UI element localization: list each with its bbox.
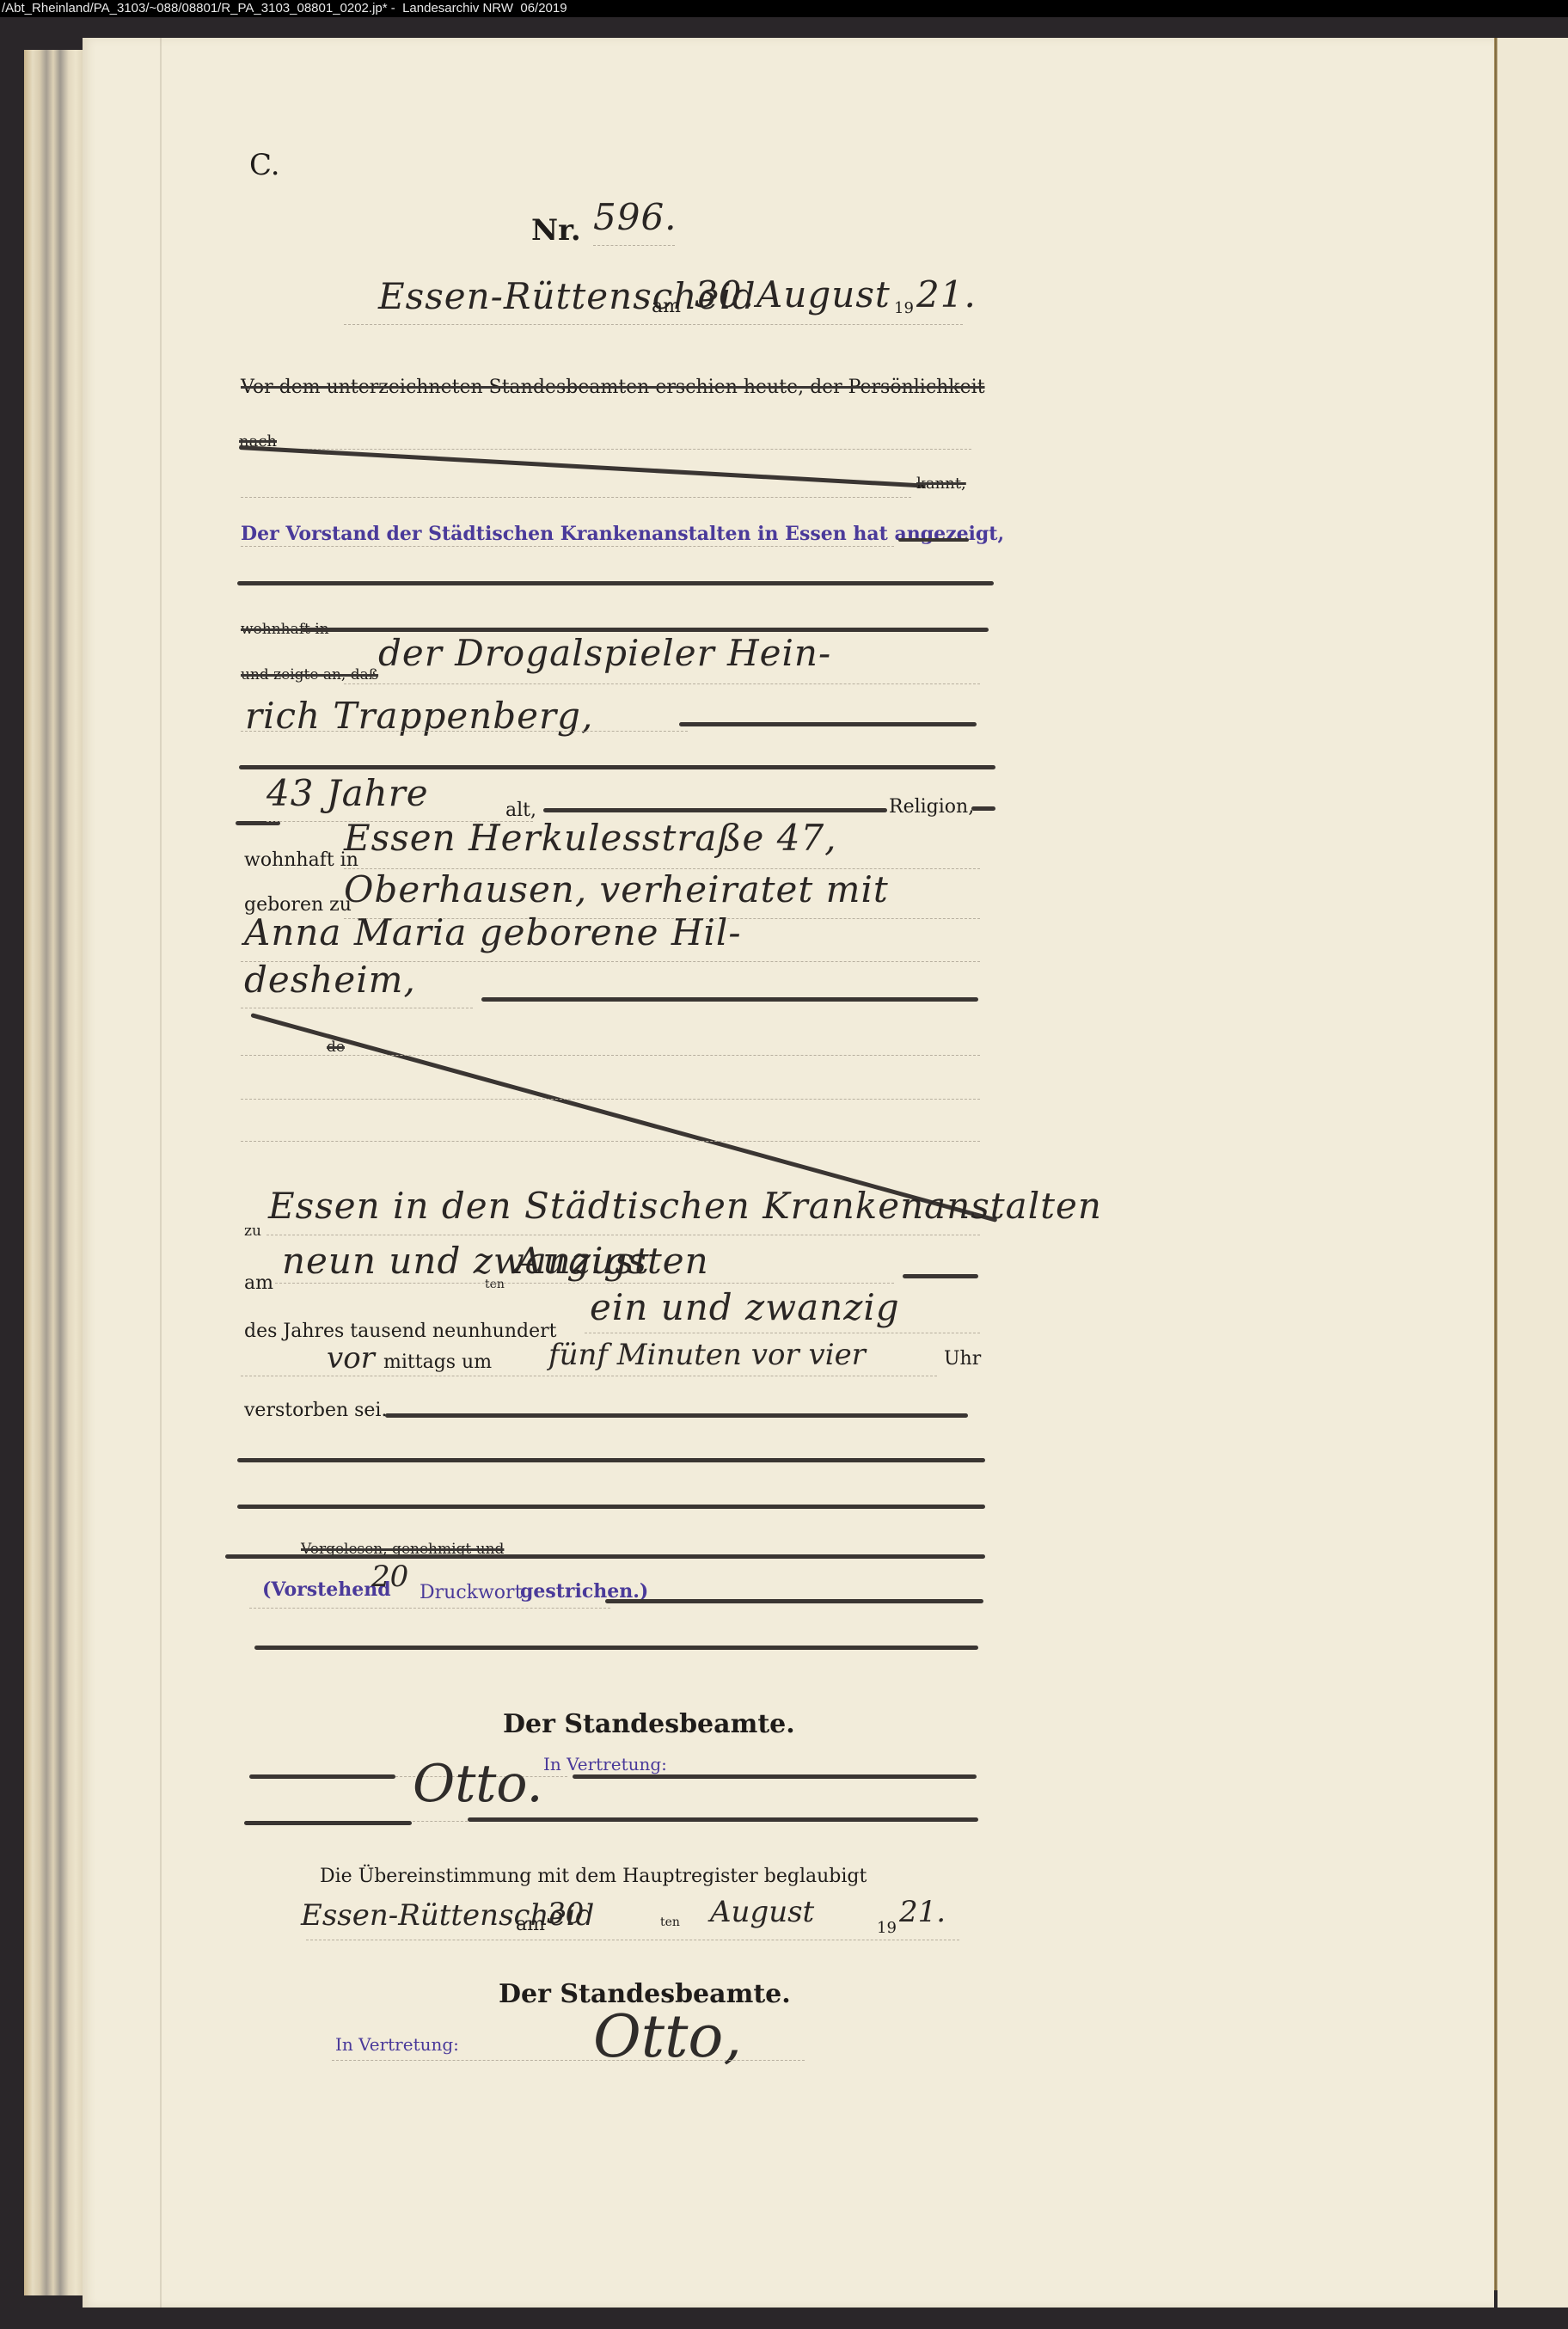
deceased-line-1: der Drogalspieler Hein-: [378, 632, 831, 674]
time-label: mittags um: [383, 1351, 492, 1373]
next-page-edge: [1498, 38, 1568, 2308]
time-prefix: vor: [327, 1341, 375, 1376]
am-label: am: [652, 296, 681, 317]
spouse-line-1: Anna Maria geborene Hil-: [244, 911, 742, 953]
cert-year-suffix: 21.: [899, 1895, 946, 1929]
vertretung-stamp: In Vertretung:: [543, 1754, 667, 1774]
date-ten: ten: [485, 1278, 505, 1291]
struck-zeigte: und zeigte an, daß: [241, 666, 378, 683]
cert-signature: Otto,: [593, 2003, 742, 2071]
year-label: des Jahres tausend neunhundert: [244, 1321, 556, 1342]
death-year: ein und zwanzig: [590, 1286, 900, 1328]
death-month: August: [516, 1240, 650, 1282]
death-place: Essen in den Städtischen Krankenanstalte…: [268, 1185, 1102, 1227]
cert-month: August: [710, 1895, 814, 1929]
book-binding: [24, 50, 83, 2295]
record-number: 596.: [593, 196, 677, 238]
deleted-words-count: 20: [371, 1560, 408, 1594]
spouse-line-2: desheim,: [244, 959, 416, 1001]
residence-value: Essen Herkulesstraße 47,: [344, 817, 837, 859]
certification-text: Die Übereinstimmung mit dem Hauptregiste…: [320, 1866, 867, 1887]
struck-kannt: kannt,: [916, 475, 966, 493]
deleted-words-stamp-mid: Druckwort: [420, 1582, 522, 1603]
cert-year-prefix: 19: [877, 1919, 897, 1937]
time-suffix: Uhr: [944, 1348, 981, 1370]
number-label: Nr.: [531, 213, 581, 248]
registrar-signature: Otto.: [413, 1754, 543, 1814]
place-label: zu: [244, 1223, 261, 1240]
informant-stamp: Der Vorstand der Städtischen Krankenanst…: [241, 523, 1004, 545]
residence-label: wohnhaft in: [244, 849, 358, 871]
date-label: am: [244, 1272, 273, 1294]
born-value: Oberhausen, verheiratet mit: [344, 868, 889, 910]
viewer-title: /Abt_Rheinland/PA_3103/~088/08801/R_PA_3…: [2, 1, 567, 15]
gutter-line: [160, 38, 162, 2308]
age-value: 43 Jahre: [266, 772, 429, 814]
cert-am: am: [516, 1914, 545, 1935]
religion-label: Religion,: [889, 796, 974, 818]
cert-day: 30: [547, 1897, 584, 1931]
viewer-title-bar: /Abt_Rheinland/PA_3103/~088/08801/R_PA_3…: [0, 0, 1568, 17]
cert-vertretung-stamp: In Vertretung:: [335, 2034, 459, 2055]
cert-ten: ten: [660, 1915, 680, 1929]
struck-preamble: Vor dem unterzeichneten Standesbeamten e…: [241, 377, 985, 398]
struck-de: de: [327, 1039, 345, 1056]
date-month: August: [756, 273, 891, 316]
year-prefix: 19: [894, 299, 914, 317]
verstorben-label: verstorben sei.: [244, 1400, 387, 1421]
date-day: 30.: [695, 273, 755, 316]
registrar-heading: Der Standesbeamte.: [503, 1709, 795, 1739]
year-suffix: 21.: [916, 273, 977, 316]
form-letter: C.: [249, 148, 280, 182]
death-time: fünf Minuten vor vier: [548, 1338, 866, 1372]
